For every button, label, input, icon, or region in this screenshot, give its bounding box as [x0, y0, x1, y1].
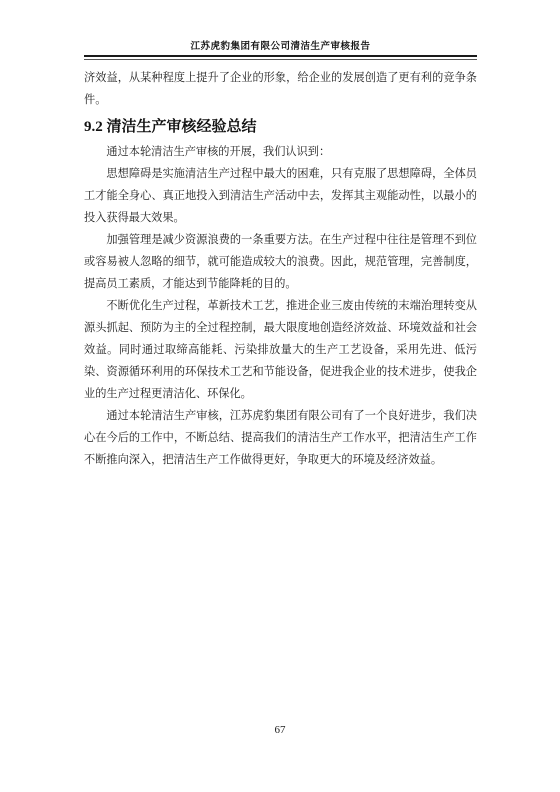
paragraph-management: 加强管理是减少资源浪费的一条重要方法。在生产过程中往往是管理不到位或容易被人忽略…: [84, 229, 477, 295]
paragraph-intro: 通过本轮清洁生产审核的开展，我们认识到：: [84, 141, 477, 163]
document-body: 济效益，从某种程度上提升了企业的形象，给企业的发展创造了更有利的竞争条件。 9.…: [84, 67, 477, 471]
header-divider-line: [84, 55, 477, 60]
paragraph-conclusion: 通过本轮清洁生产审核，江苏虎豹集团有限公司有了一个良好进步，我们决心在今后的工作…: [84, 405, 477, 471]
paragraph-ideology-barrier: 思想障碍是实施清洁生产过程中最大的困难，只有克服了思想障碍，全体员工才能全身心、…: [84, 163, 477, 229]
section-heading: 9.2 清洁生产审核经验总结: [84, 115, 477, 139]
page-footer: 67: [0, 720, 560, 738]
page-number: 67: [275, 724, 286, 736]
document-page: 江苏虎豹集团有限公司清洁生产审核报告 济效益，从某种程度上提升了企业的形象，给企…: [0, 0, 560, 792]
page-header: 江苏虎豹集团有限公司清洁生产审核报告: [84, 38, 477, 60]
paragraph-continued-from-previous-page: 济效益，从某种程度上提升了企业的形象，给企业的发展创造了更有利的竞争条件。: [84, 67, 477, 111]
paragraph-process-optimization: 不断优化生产过程，革新技术工艺，推进企业三废由传统的末端治理转变从源头抓起、预防…: [84, 295, 477, 405]
header-title: 江苏虎豹集团有限公司清洁生产审核报告: [84, 38, 477, 52]
